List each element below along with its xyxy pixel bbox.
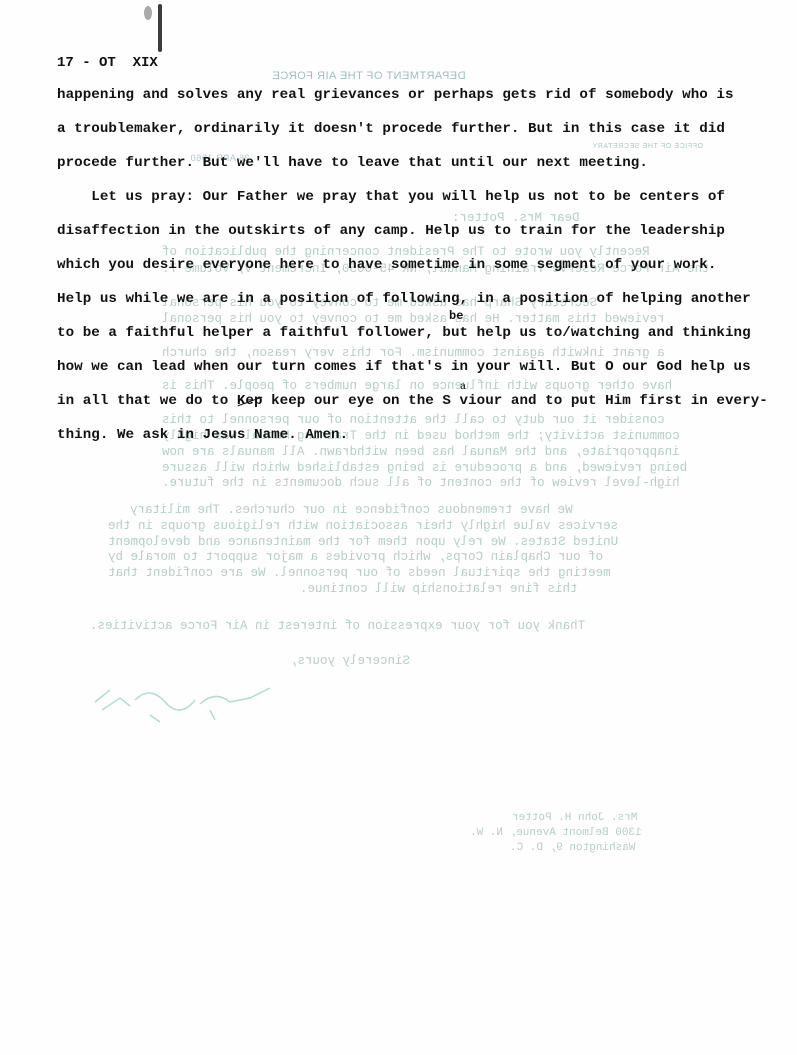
scanned-document-page: DEPARTMENT OF THE AIR FORCE OFFICE OF TH… <box>0 0 797 1055</box>
prayer-line-6: how we can lead when our turn comes if t… <box>57 360 751 374</box>
bleed-line: consider it our duty to call the attenti… <box>162 414 665 427</box>
prayer-line-4: Help us while we are in a position of fo… <box>57 292 751 306</box>
prayer-line-5: to be a faithful helper a faithful follo… <box>57 326 751 340</box>
bleed-line: We have tremendous confidence in our chu… <box>130 504 573 517</box>
prayer-line-2: disaffection in the outskirts of any cam… <box>57 224 725 238</box>
body-line-2: a troublemaker, ordinarily it doesn't pr… <box>57 122 725 136</box>
bleed-line: United States. We rely upon them for the… <box>108 536 618 549</box>
bleed-address-name: Mrs. John H. Potter <box>512 813 637 824</box>
bleed-signature-scribble <box>90 680 290 730</box>
struck-out-word: Kep <box>237 393 263 409</box>
body-line-1: happening and solves any real grievances… <box>57 88 734 102</box>
bleed-line: high-level review of the content of all … <box>162 477 680 490</box>
ink-blot <box>144 6 152 20</box>
inserted-word-be: be <box>449 309 463 323</box>
bleed-letterhead: DEPARTMENT OF THE AIR FORCE <box>272 71 466 82</box>
bleed-line: have other groups with influence on larg… <box>162 380 672 393</box>
page-reference: 17 - OT XIX <box>57 55 158 71</box>
body-line-3: procede further. But we'll have to leave… <box>57 156 648 170</box>
staple-mark-artifact <box>150 0 164 60</box>
prayer-line-3: which you desire everyone here to have s… <box>57 258 716 272</box>
bleed-address-street: 1300 Belmont Avenue, N. W. <box>470 828 642 839</box>
bleed-line: Thank you for your expression of interes… <box>90 620 585 633</box>
bleed-line: of our Chaplain Corps, which provides a … <box>108 551 603 564</box>
bleed-line: being reviewed, and a procedure is being… <box>162 462 687 475</box>
line-7-before: in all that we do to <box>57 393 237 409</box>
bleed-address-city: Washington 9, D. C. <box>510 843 635 854</box>
line-7-after: keep our eye on the S viour and to put H… <box>263 393 768 409</box>
staple-bar <box>158 4 162 52</box>
bleed-closing: Sincerely yours, <box>290 655 410 668</box>
prayer-line-1: Let us pray: Our Father we pray that you… <box>57 190 725 204</box>
bleed-line: services value highly their association … <box>108 520 618 533</box>
bleed-line: inappropriate, and the Manual has been w… <box>162 446 680 459</box>
bleed-line: this fine relationship will continue. <box>300 583 578 596</box>
bleed-line: meeting the spiritual needs of our perso… <box>108 567 611 580</box>
bleed-line: a grant inkwith against communism. For t… <box>162 347 665 360</box>
prayer-line-8: thing. We ask in Jesus Name. Amen. <box>57 428 348 442</box>
prayer-line-7: in all that we do to Kep keep our eye on… <box>57 394 768 408</box>
bleed-line: reviewed this matter. He has asked me to… <box>162 313 665 326</box>
inserted-caret-a: a <box>460 382 466 393</box>
bleed-office-line: OFFICE OF THE SECRETARY <box>592 143 703 150</box>
